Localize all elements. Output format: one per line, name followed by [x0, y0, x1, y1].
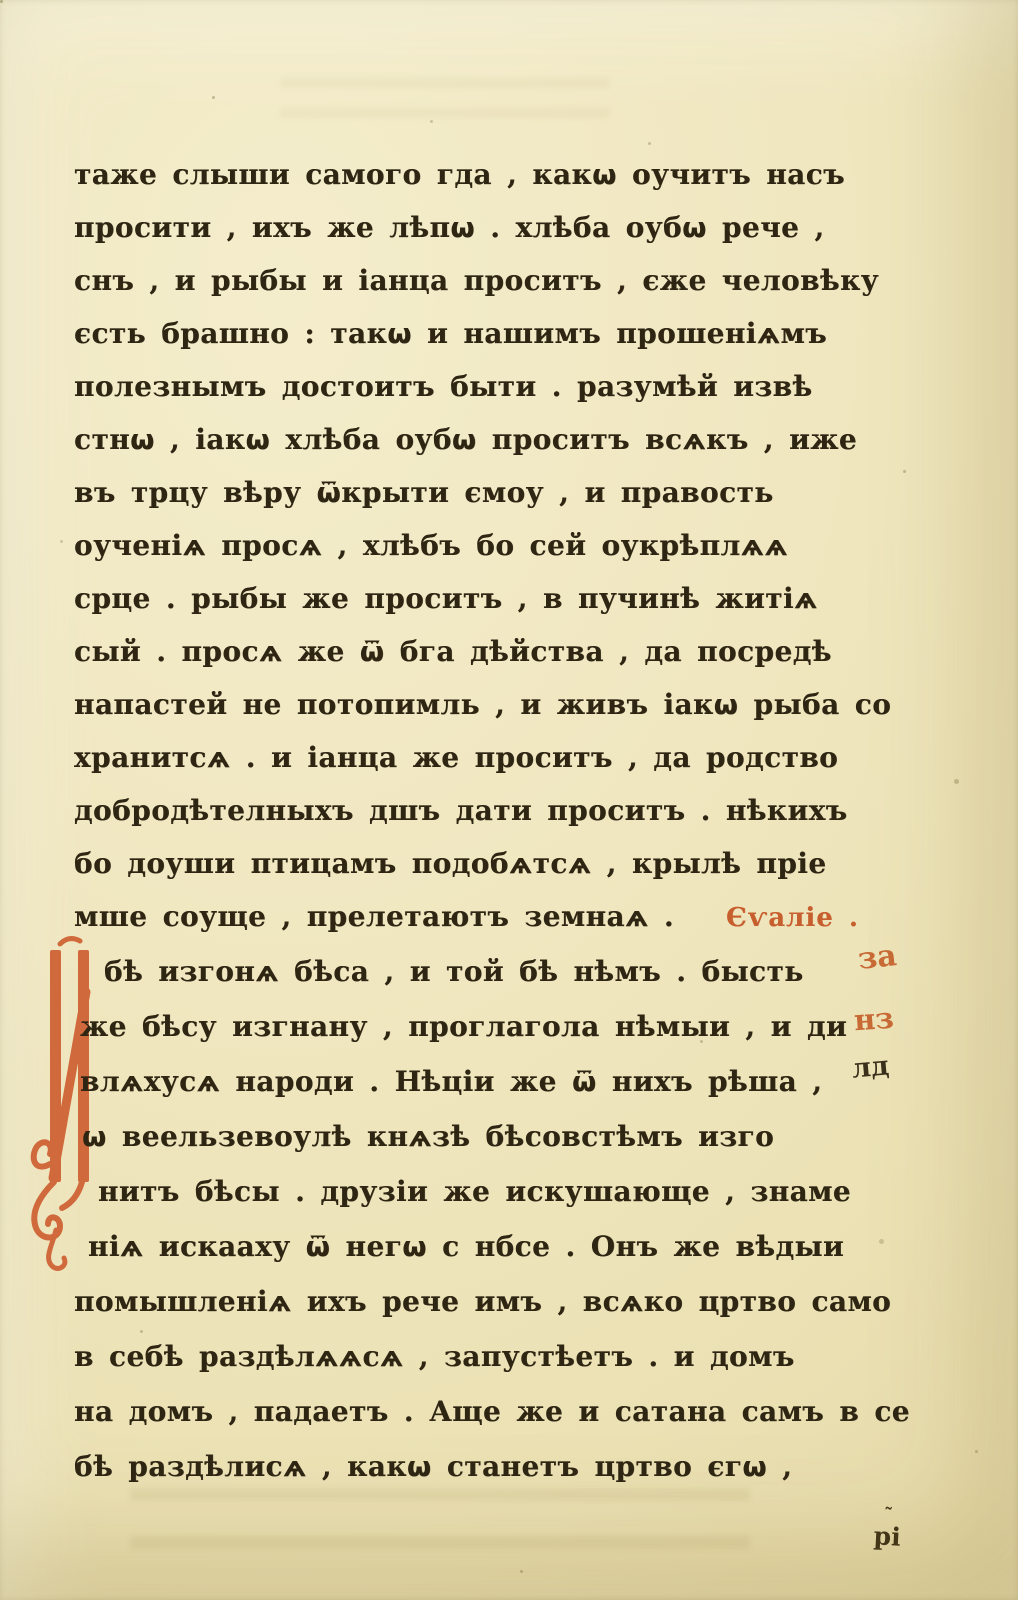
text-line: же бѣсу изгнану , проглагола нѣмыи , и д…: [74, 999, 864, 1054]
folio-number-text: рі: [873, 1521, 901, 1551]
drop-cap-letter: И: [26, 934, 27, 935]
margin-note-zachalo: за: [856, 938, 898, 977]
text-line: таже слыши самого гда , какѡ оучитъ насъ: [74, 148, 849, 201]
text-line: бѣ раздѣлисѧ , какѡ станетъ цртво єгѡ ,: [74, 1439, 864, 1494]
text-line: бѣ изгонѧ бѣса , и той бѣ нѣмъ . бысть: [74, 944, 864, 999]
text-line: сый . просѧ же ѿ бга дѣйства , да посред…: [74, 625, 849, 678]
text-line: помышленіѧ ихъ рече имъ , всѧко цртво са…: [74, 1274, 864, 1329]
gospel-rubric: Єѵаліе .: [726, 903, 859, 933]
text-line: ѡ веельзевоулѣ кнѧзѣ бѣсовстѣмъ изго: [74, 1109, 864, 1164]
text-line: бо доуши птицамъ подобѧтсѧ , крылѣ пріе: [74, 837, 849, 890]
text-line: снъ , и рыбы и іанца проситъ , єже челов…: [74, 254, 849, 307]
text-line: просити , ихъ же лѣпѡ . хлѣба оубѡ рече …: [74, 201, 849, 254]
text-line: стнѡ , іакѡ хлѣба оубѡ проситъ всѧкъ , и…: [74, 413, 849, 466]
text-line: хранитсѧ . и іанца же проситъ , да родст…: [74, 731, 849, 784]
text-line: ніѧ искааху ѿ негѡ с нбсе . Онъ же вѣдыи: [74, 1219, 864, 1274]
text-line: мше соуще , прелетаютъ земнаѧ .Єѵаліе .: [74, 890, 849, 943]
text-line: влѧхусѧ народи . Нѣціи же ѿ нихъ рѣша ,: [74, 1054, 864, 1109]
margin-note-gloss: лд: [851, 1050, 891, 1084]
text-line: въ трцу вѣру ѿкрыти ємоу , и правость: [74, 466, 849, 519]
gospel-paragraph: бѣ изгонѧ бѣса , и той бѣ нѣмъ . бысть ж…: [74, 944, 864, 1494]
text-line: напастей не потопимль , и живъ іакѡ рыба…: [74, 678, 849, 731]
ink-bleedthrough-top: [280, 78, 610, 124]
text-line: добродѣтелныхъ дшъ дати проситъ . нѣкихъ: [74, 784, 849, 837]
paper-speckles: [0, 0, 3, 3]
commentary-paragraph: таже слыши самого гда , какѡ оучитъ насъ…: [74, 148, 849, 943]
text-line: полезнымъ достоитъ быти . разумѣй извѣ: [74, 360, 849, 413]
ink-bleedthrough-bottom: [130, 1488, 750, 1584]
text-line: в себѣ раздѣлѧѧсѧ , запустѣетъ . и домъ: [74, 1329, 864, 1384]
text-line: на домъ , падаетъ . Аще же и сатана самъ…: [74, 1384, 864, 1439]
text-line: срце . рыбы же проситъ , в пучинѣ житіѧ: [74, 572, 849, 625]
text-line: єсть брашно : такѡ и нашимъ прошеніѧмъ: [74, 307, 849, 360]
text-line: оученіѧ просѧ , хлѣбъ бо сей оукрѣплѧѧ: [74, 519, 849, 572]
scanned-book-page: таже слыши самого гда , какѡ оучитъ насъ…: [0, 0, 1018, 1600]
text-line: нитъ бѣсы . друзіи же искушающе , знаме: [74, 1164, 864, 1219]
folio-number: ˜ рі: [873, 1511, 902, 1551]
margin-note-zachalo-number: нз: [853, 1001, 895, 1038]
text-line-end: мше соуще , прелетаютъ земнаѧ .: [74, 900, 674, 933]
